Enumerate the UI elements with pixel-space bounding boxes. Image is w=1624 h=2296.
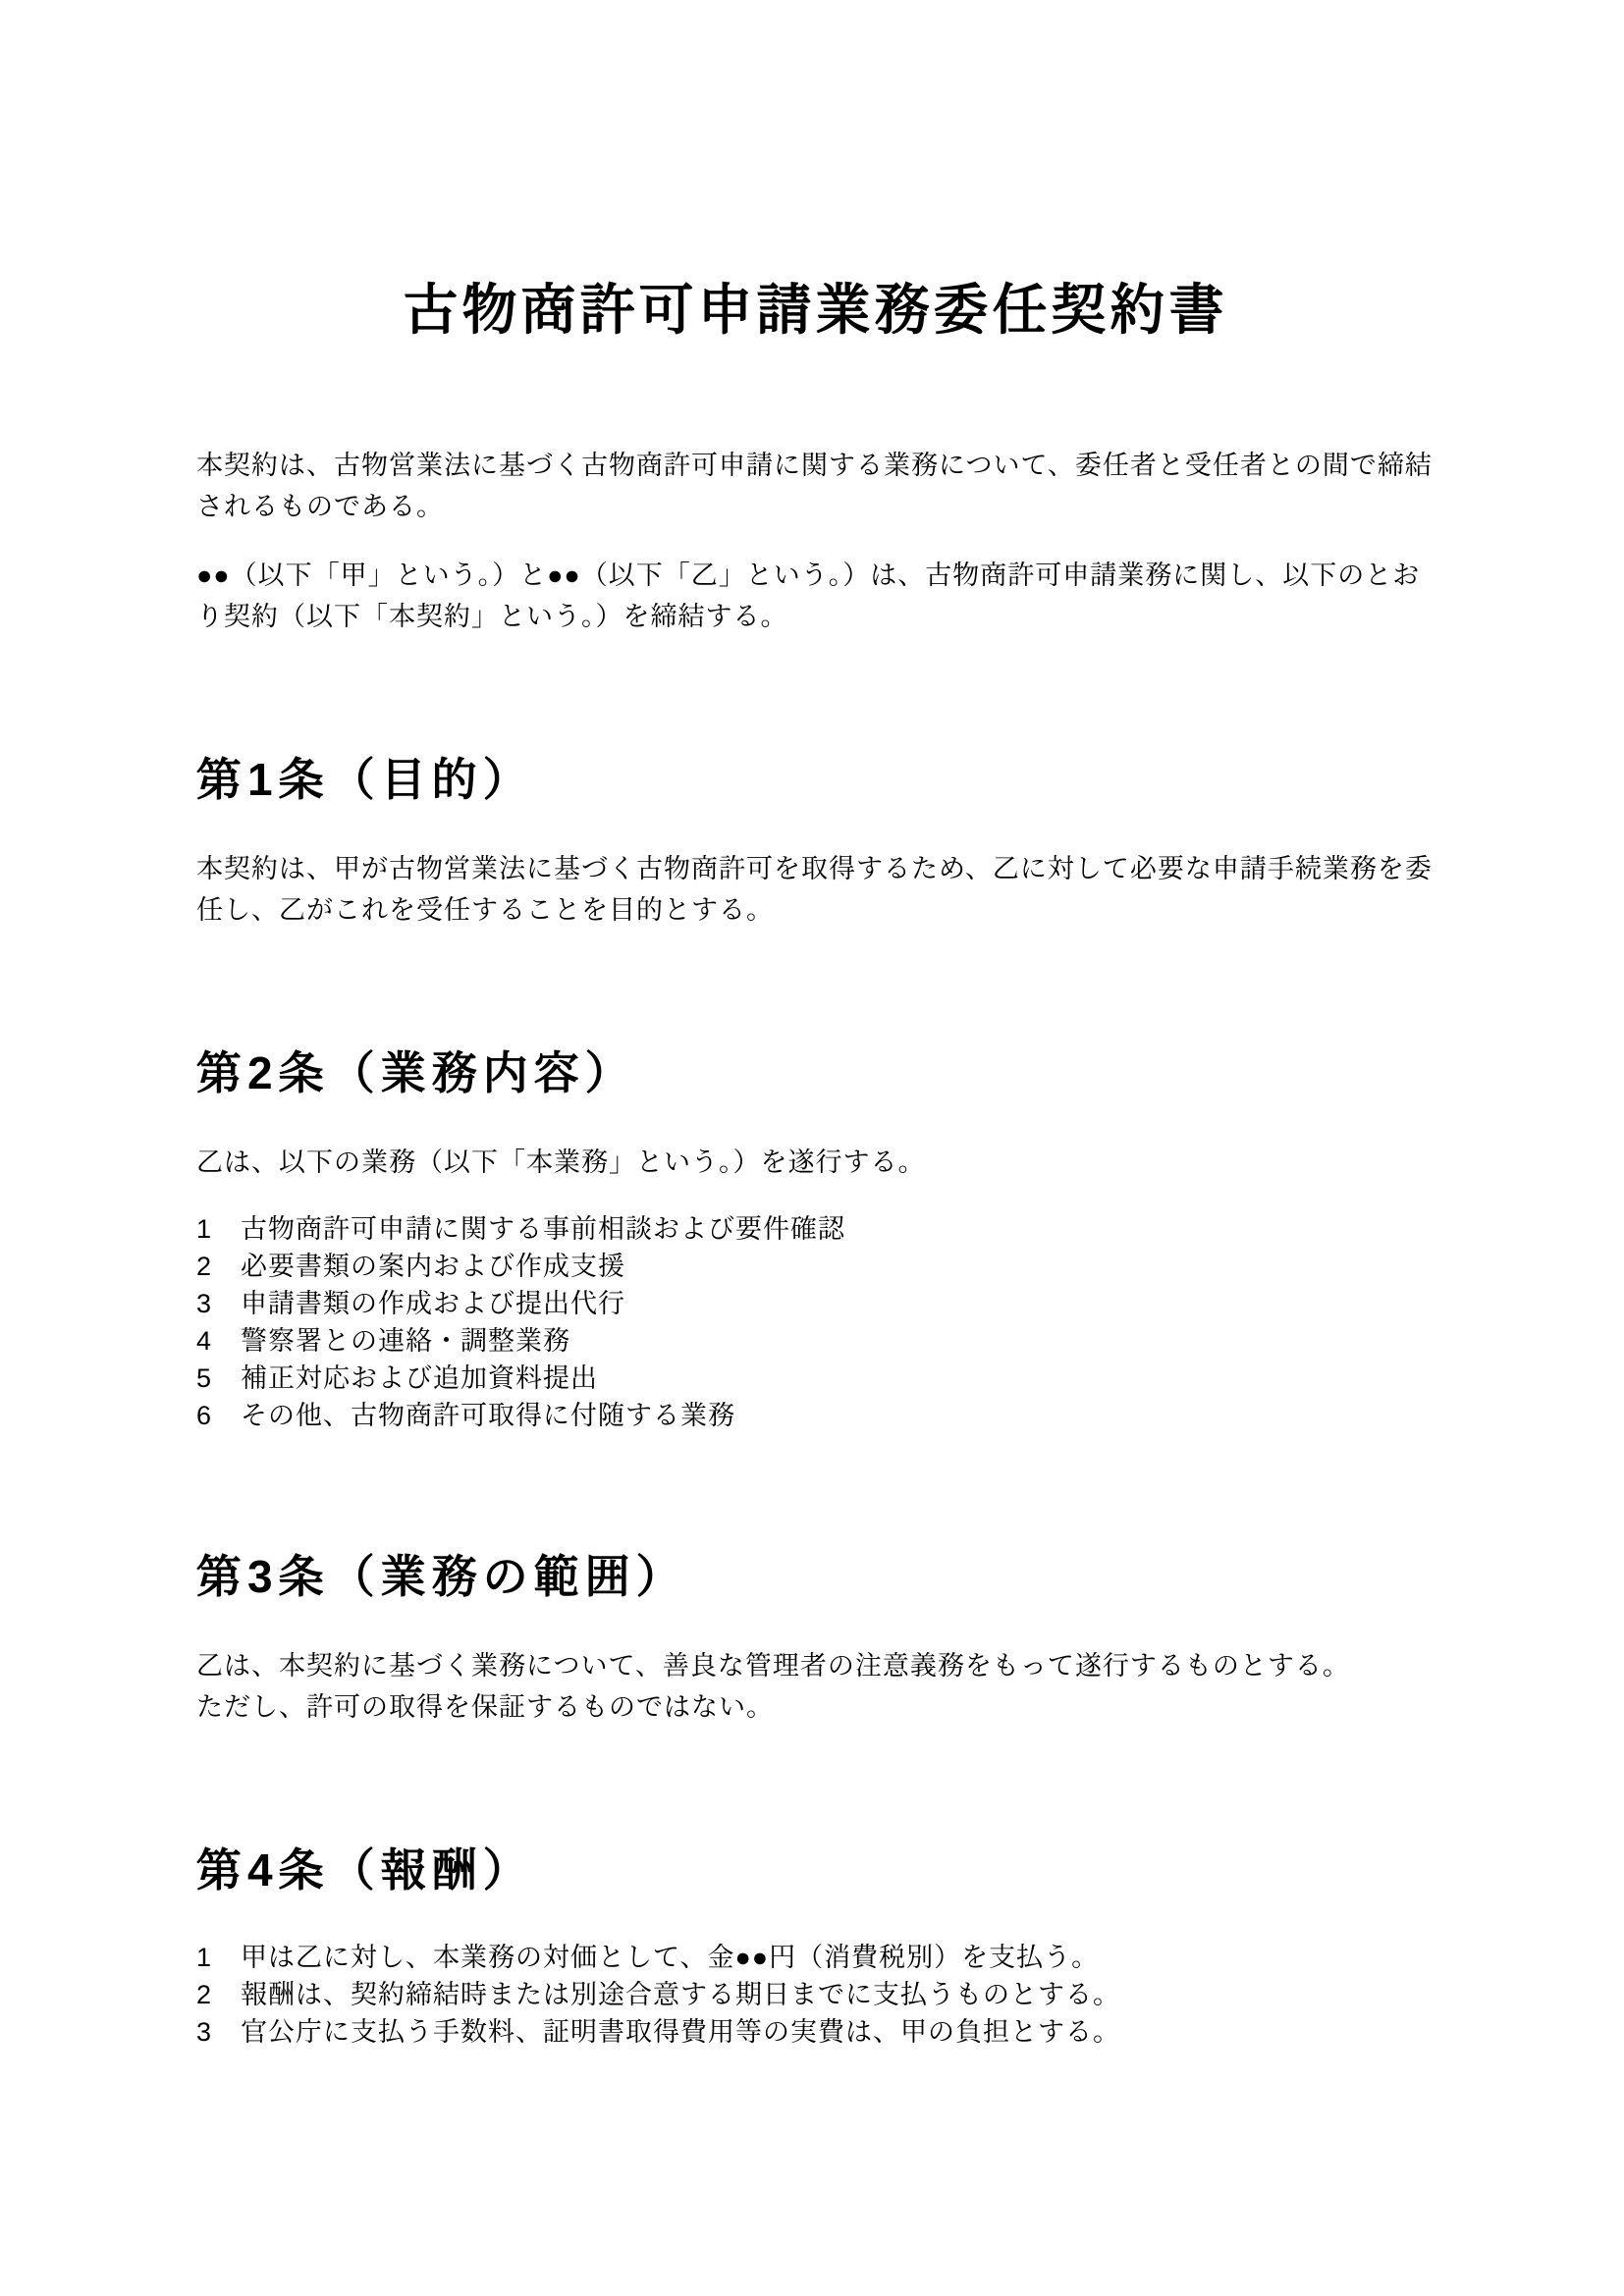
list-item-number: 2 [196, 1248, 241, 1285]
article-2-body: 乙は、以下の業務（以下「本業務」という。）を遂行する。 [196, 1142, 1435, 1183]
list-item: 5 補正対応および追加資料提出 [196, 1360, 1435, 1397]
article-3-body-line-2: ただし、許可の取得を保証するものではない。 [196, 1686, 1435, 1728]
list-item-number: 6 [196, 1397, 241, 1434]
article-2-scope-of-work: 第2条（業務内容） 乙は、以下の業務（以下「本業務」という。）を遂行する。 1 … [196, 1046, 1435, 1434]
list-item-number: 1 [196, 1210, 241, 1248]
list-item-number: 3 [196, 1285, 241, 1322]
article-4-heading: 第4条（報酬） [196, 1843, 1435, 1897]
article-1-heading: 第1条（目的） [196, 753, 1435, 807]
article-4-numbered-list: 1 甲は乙に対し、本業務の対価として、金●●円（消費税別）を支払う。 2 報酬は… [196, 1939, 1435, 2051]
list-item: 1 甲は乙に対し、本業務の対価として、金●●円（消費税別）を支払う。 [196, 1939, 1435, 1976]
list-item: 3 官公庁に支払う手数料、証明書取得費用等の実費は、甲の負担とする。 [196, 2013, 1435, 2051]
list-item: 3 申請書類の作成および提出代行 [196, 1285, 1435, 1322]
intro-paragraph-2: ●●（以下「甲」という。）と●●（以下「乙」という。）は、古物商許可申請業務に関… [196, 555, 1435, 637]
list-item-number: 5 [196, 1360, 241, 1397]
list-item-text: 必要書類の案内および作成支援 [241, 1248, 1435, 1285]
list-item-text: 官公庁に支払う手数料、証明書取得費用等の実費は、甲の負担とする。 [241, 2013, 1435, 2051]
list-item: 2 報酬は、契約締結時または別途合意する期日までに支払うものとする。 [196, 1976, 1435, 2013]
list-item-text: 古物商許可申請に関する事前相談および要件確認 [241, 1210, 1435, 1248]
article-2-heading: 第2条（業務内容） [196, 1046, 1435, 1100]
list-item-text: 補正対応および追加資料提出 [241, 1360, 1435, 1397]
list-item-number: 3 [196, 2013, 241, 2051]
article-1-purpose: 第1条（目的） 本契約は、甲が古物営業法に基づく古物商許可を取得するため、乙に対… [196, 753, 1435, 931]
intro-paragraph-1: 本契約は、古物営業法に基づく古物商許可申請に関する業務について、委任者と受任者と… [196, 445, 1435, 527]
article-3-heading: 第3条（業務の範囲） [196, 1550, 1435, 1604]
article-3-range-of-work: 第3条（業務の範囲） 乙は、本契約に基づく業務について、善良な管理者の注意義務を… [196, 1550, 1435, 1728]
contract-document-page: 古物商許可申請業務委任契約書 本契約は、古物営業法に基づく古物商許可申請に関する… [0, 0, 1624, 2296]
list-item-text: 申請書類の作成および提出代行 [241, 1285, 1435, 1322]
list-item: 2 必要書類の案内および作成支援 [196, 1248, 1435, 1285]
list-item-number: 1 [196, 1939, 241, 1976]
list-item: 1 古物商許可申請に関する事前相談および要件確認 [196, 1210, 1435, 1248]
article-3-body-line-1: 乙は、本契約に基づく業務について、善良な管理者の注意義務をもって遂行するものとす… [196, 1645, 1435, 1686]
article-1-body: 本契約は、甲が古物営業法に基づく古物商許可を取得するため、乙に対して必要な申請手… [196, 848, 1435, 931]
list-item: 6 その他、古物商許可取得に付随する業務 [196, 1397, 1435, 1434]
article-4-remuneration: 第4条（報酬） 1 甲は乙に対し、本業務の対価として、金●●円（消費税別）を支払… [196, 1843, 1435, 2051]
document-title: 古物商許可申請業務委任契約書 [196, 278, 1435, 343]
intro-section: 本契約は、古物営業法に基づく古物商許可申請に関する業務について、委任者と受任者と… [196, 445, 1435, 637]
list-item-text: 警察署との連絡・調整業務 [241, 1322, 1435, 1360]
article-2-numbered-list: 1 古物商許可申請に関する事前相談および要件確認 2 必要書類の案内および作成支… [196, 1210, 1435, 1434]
list-item-text: 甲は乙に対し、本業務の対価として、金●●円（消費税別）を支払う。 [241, 1939, 1435, 1976]
list-item: 4 警察署との連絡・調整業務 [196, 1322, 1435, 1360]
list-item-text: その他、古物商許可取得に付随する業務 [241, 1397, 1435, 1434]
list-item-number: 2 [196, 1976, 241, 2013]
list-item-number: 4 [196, 1322, 241, 1360]
list-item-text: 報酬は、契約締結時または別途合意する期日までに支払うものとする。 [241, 1976, 1435, 2013]
